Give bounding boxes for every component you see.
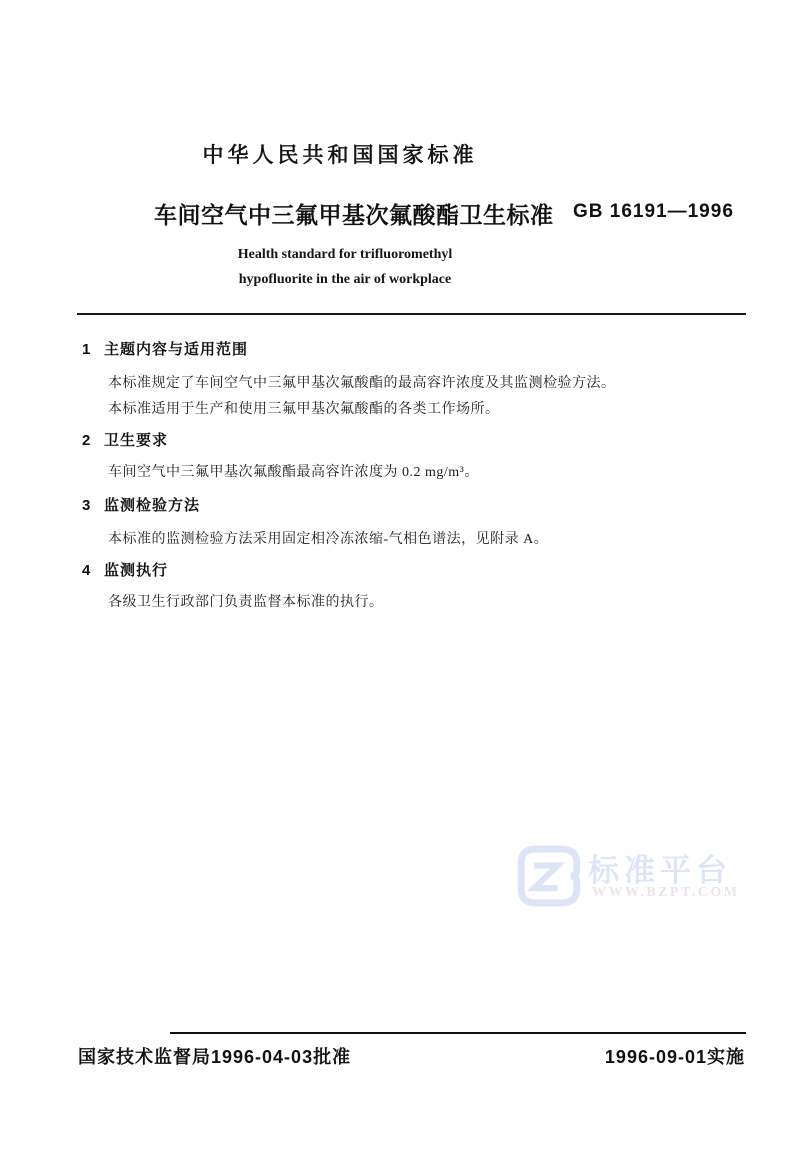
section-4-heading: 4监测执行 bbox=[82, 559, 168, 580]
section-1-paragraph-1: 本标准规定了车间空气中三氟甲基次氟酸酯的最高容许浓度及其监测检验方法。 bbox=[108, 372, 616, 392]
document-title-cn: 车间空气中三氟甲基次氟酸酯卫生标准 bbox=[154, 197, 554, 230]
footer-divider-rule bbox=[170, 1032, 746, 1034]
footer-approval-text: 国家技术监督局1996-04-03批准 bbox=[78, 1043, 351, 1069]
national-standard-label: 中华人民共和国国家标准 bbox=[0, 139, 680, 169]
bzpt-logo-icon bbox=[516, 843, 582, 909]
document-title-en-line2: hypofluorite in the air of workplace bbox=[0, 272, 690, 288]
section-4-paragraph-1: 各级卫生行政部门负责监督本标准的执行。 bbox=[108, 591, 384, 611]
section-1-heading: 1主题内容与适用范围 bbox=[82, 338, 248, 359]
section-3-paragraph-1: 本标准的监测检验方法采用固定相冷冻浓缩-气相色谱法，见附录 A。 bbox=[108, 528, 548, 548]
section-4-number: 4 bbox=[82, 562, 104, 579]
section-3-heading: 3监测检验方法 bbox=[82, 494, 200, 515]
section-1-title: 主题内容与适用范围 bbox=[104, 341, 248, 358]
section-3-title: 监测检验方法 bbox=[104, 497, 200, 514]
document-page: 中华人民共和国国家标准 车间空气中三氟甲基次氟酸酯卫生标准 GB 16191—1… bbox=[0, 0, 800, 1155]
section-1-paragraph-2: 本标准适用于生产和使用三氟甲基次氟酸酯的各类工作场所。 bbox=[108, 398, 500, 418]
footer-implementation-text: 1996-09-01实施 bbox=[605, 1043, 745, 1069]
section-2-title: 卫生要求 bbox=[104, 432, 168, 449]
section-2-paragraph-1: 车间空气中三氟甲基次氟酸酯最高容许浓度为 0.2 mg/m³。 bbox=[108, 461, 479, 481]
section-4-title: 监测执行 bbox=[104, 562, 168, 579]
document-title-en-line1: Health standard for trifluoromethyl bbox=[0, 247, 690, 263]
watermark-url: WWW.BZPT.COM bbox=[592, 885, 739, 901]
section-3-number: 3 bbox=[82, 497, 104, 514]
section-2-number: 2 bbox=[82, 432, 104, 449]
watermark-text: 标准平台 bbox=[588, 845, 732, 890]
standard-number: GB 16191—1996 bbox=[573, 201, 734, 223]
watermark: 标准平台 WWW.BZPT.COM bbox=[516, 841, 726, 923]
header-divider-rule bbox=[77, 313, 746, 315]
section-2-heading: 2卫生要求 bbox=[82, 429, 168, 450]
section-1-number: 1 bbox=[82, 341, 104, 358]
